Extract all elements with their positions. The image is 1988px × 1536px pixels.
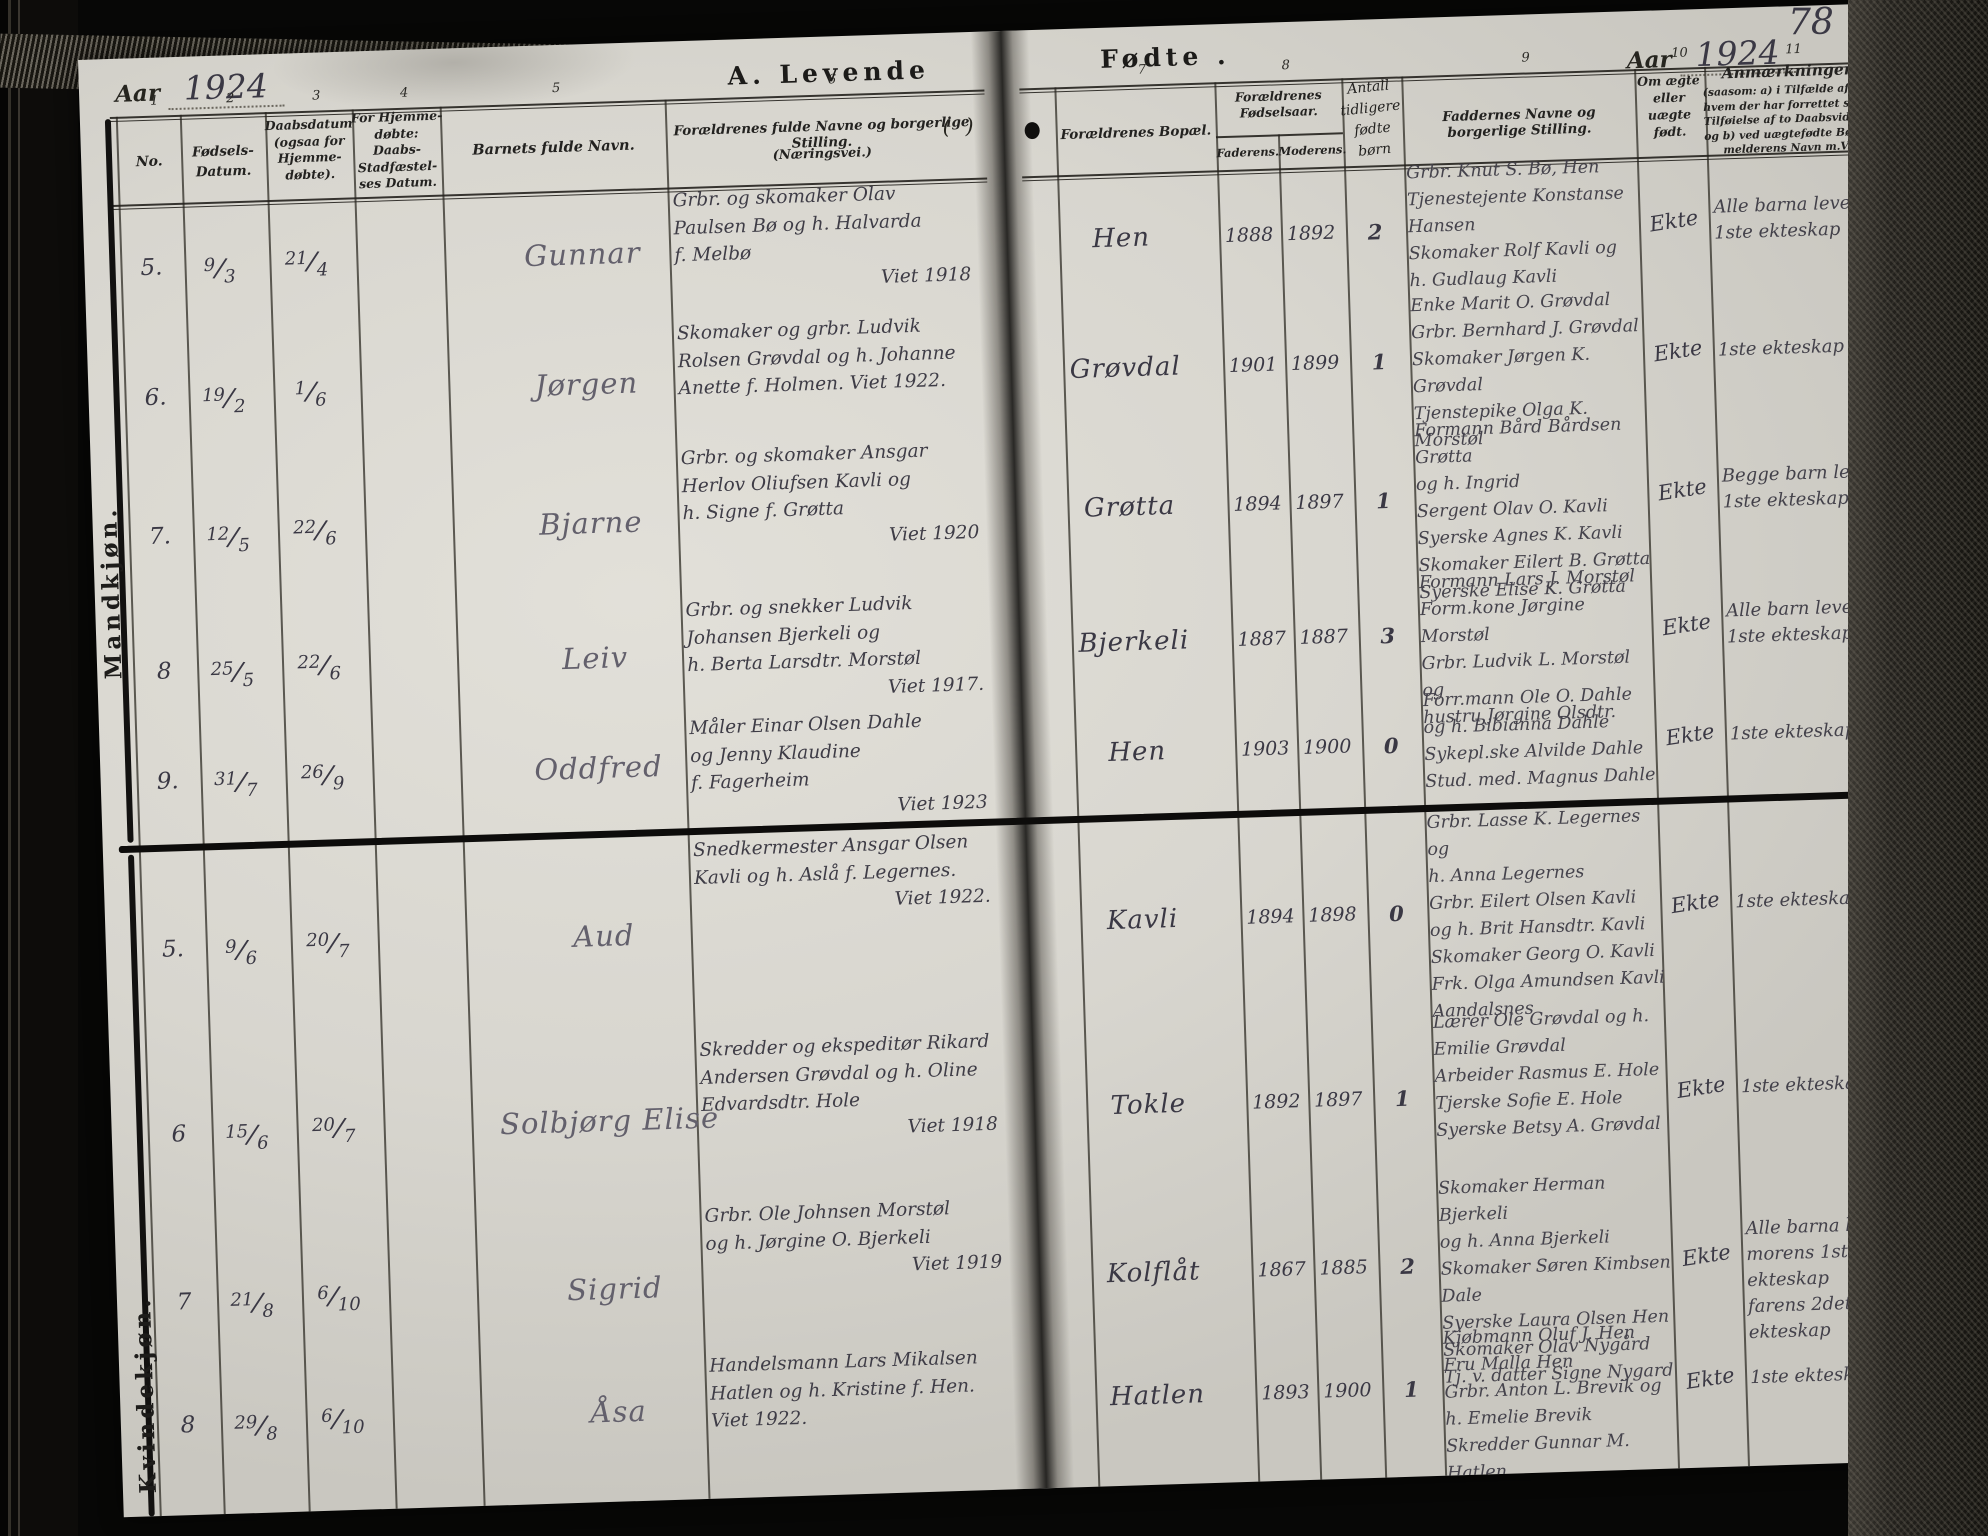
page-number: 78 [1788,2,1834,43]
col-mother-year: 1885 [1312,1256,1375,1280]
col-mother-year: 1898 [1301,903,1364,927]
column-number: 10 [1664,45,1694,61]
col-prior-children: 1 [1352,348,1407,375]
date-numerator: 19 [202,387,225,406]
date-numerator: 26 [301,764,324,783]
col-prior-children: 2 [1380,1253,1435,1280]
col-mother-year: 1897 [1288,490,1351,514]
godparent-line: Formann Bård Bårdsen Grøtta [1414,411,1650,472]
column-header-line: Hjemme- [265,148,354,167]
col-residence: Hen [1046,734,1229,770]
col-parents: Skredder og ekspeditør RikardAndersen Gr… [699,1027,1014,1147]
col-godparents: Forr.mann Ole O. Dahleog h. Bibianna Dah… [1422,681,1659,796]
date-numerator: 15 [225,1123,248,1142]
column-number: 1 [139,93,169,109]
date-numerator: 9 [225,938,237,956]
column-header-line: Fødsels- [179,140,268,163]
date-denominator: 6 [329,665,341,683]
col-no: 8 [137,658,192,686]
godparent-line: Skomaker Herman Bjerkeli [1438,1168,1674,1229]
date-fraction: 9/6 [227,937,255,964]
column-header: Anmærkninger [1704,59,1870,83]
col-baptism-date: 20/7 [289,1114,378,1143]
date-denominator: 8 [262,1302,274,1320]
godparent-line: Skomaker Søren Kimbsen Dale [1440,1249,1676,1310]
col-no: 6 [151,1121,206,1149]
col-baptism-date: 6/10 [295,1282,384,1311]
col-legitimacy: Ekte [1640,204,1707,238]
book-cover-fabric [1848,0,1988,1536]
col-father-year: 1893 [1256,1381,1315,1405]
col-mother-year: 1900 [1296,735,1359,759]
date-fraction: 29/8 [236,1412,276,1439]
col-no: 6. [128,384,183,412]
col-residence: Hatlen [1066,1378,1249,1414]
col-legitimacy: Ekte [1668,1071,1735,1105]
col-legitimacy: Ekte [1653,608,1720,642]
col-father-year: 1903 [1236,737,1295,761]
column-header: Daabsdatum(ogsaa forHjemme-døbte). [264,115,355,184]
col-residence: Bjerkeli [1042,624,1225,660]
column-header-line: født. [1634,122,1706,141]
col-prior-children: 1 [1375,1085,1430,1112]
book-spine-edge [0,0,78,1536]
date-numerator: 21 [285,250,308,269]
col-birth-date: 19/2 [184,384,263,412]
column-header-line: Om ægte [1632,71,1704,90]
col-no: 5. [124,254,179,282]
date-fraction: 22/6 [299,652,339,679]
column-number: 8 [1271,58,1301,74]
godparent-line: Skomaker Jørgen K. Grøvdal [1412,340,1648,401]
column-header: Om ægteelleruægtefødt. [1632,71,1706,141]
date-fraction: 9/3 [205,255,233,282]
col-birth-date: 31/7 [196,768,275,796]
col-father-year: 1901 [1224,353,1283,377]
date-fraction: 15/6 [227,1122,267,1149]
register-spread: Aar1924 A. Levende Fødte . Aar1924 ( ) 1… [78,4,1913,1518]
date-fraction: 31/7 [216,769,256,796]
col-godparents: Lærer Ole Grøvdal og h.Emilie GrøvdalArb… [1433,1003,1671,1145]
col-mother-year: 1887 [1292,625,1355,649]
col-prior-children: 1 [1356,487,1411,514]
column-header: Antalltidligerefødtebørn [1336,74,1406,164]
date-denominator: 2 [234,398,246,416]
date-numerator: 9 [203,257,215,275]
col-legitimacy: Ekte [1677,1362,1744,1396]
col-baptism-date: 6/10 [298,1405,387,1434]
scanned-parish-register-page: Aar1924 A. Levende Fødte . Aar1924 ( ) 1… [0,0,1988,1536]
column-header: Moderens. [1278,142,1343,158]
column-number: 3 [301,88,331,104]
date-denominator: 5 [238,537,250,555]
date-numerator: 12 [206,525,229,544]
column-header-line: For Hjemme- [351,108,441,127]
col-birth-date: 15/6 [207,1121,286,1149]
col-residence: Hen [1030,220,1213,256]
col-legitimacy: Ekte [1649,473,1716,507]
column-header: Forældrenes Bopæl. [1056,122,1216,143]
date-fraction: 21/4 [286,248,326,275]
col-parents: Grbr. og skomaker OlavPaulsen Bø og h. H… [672,178,987,298]
col-birth-date: 12/5 [189,523,268,551]
col-prior-children: 1 [1384,1376,1439,1403]
col-baptism-date: 26/9 [278,761,367,790]
column-number: 5 [541,81,571,97]
col-father-year: 1887 [1232,627,1291,651]
date-numerator: 6 [317,1285,329,1303]
col-father-year: 1888 [1220,223,1279,247]
date-fraction: 1/6 [296,378,324,405]
col-no: 8 [161,1411,216,1439]
col-legitimacy: Ekte [1644,334,1711,368]
col-parents: Skomaker og grbr. LudvikRolsen Grøvdal o… [676,311,990,403]
col-baptism-date: 21/4 [262,248,351,277]
date-numerator: 6 [321,1408,333,1426]
column-number: 6 [817,72,847,88]
date-fraction: 6/10 [323,1406,363,1433]
date-numerator: 20 [312,1116,335,1135]
date-numerator: 22 [293,519,316,538]
page-title-right: Fødte . [1080,40,1251,74]
column-number: 4 [389,85,419,101]
godparent-line: Skredder Gunnar M. Hatlen [1446,1426,1682,1487]
col-residence: Grøvdal [1034,350,1217,386]
col-godparents: Kjøbmann Oluf J. HenFru Malla HenGrbr. A… [1442,1318,1682,1514]
column-header: For Hjemme-døbte:Daabs-Stadfæstel-ses Da… [351,108,444,193]
col-parents: Grbr. og skomaker AnsgarHerlov Oliufsen … [680,435,995,555]
column-header-line: Datum. [179,160,268,183]
date-fraction: 21/8 [232,1290,272,1317]
col-birth-date: 25/5 [193,658,272,686]
date-fraction: 25/5 [212,659,252,686]
col-mother-year: 1892 [1280,221,1343,245]
godparent-line: Tjenestejente Konstanse Hansen [1407,180,1643,241]
col-birth-date: 9/3 [180,254,259,282]
col-residence: Tokle [1057,1087,1240,1123]
col-residence: Kolflåt [1062,1255,1245,1291]
col-father-year: 1867 [1252,1258,1311,1282]
godparent-line: Grbr. Lasse K. Legernes og [1426,803,1662,864]
column-number: 11 [1778,42,1808,58]
printed-dot-mark [1024,122,1040,139]
col-father-year: 1892 [1247,1090,1306,1114]
column-header: ForældrenesFødselsaar. [1215,86,1343,122]
date-fraction: 22/6 [295,517,335,544]
col-no: 9. [140,768,195,796]
col-mother-year: 1897 [1307,1088,1370,1112]
date-denominator: 7 [246,782,258,800]
col-birth-date: 29/8 [217,1412,296,1440]
col-parents: Måler Einar Olsen Dahleog Jenny Klaudine… [689,705,1004,825]
godparent-line: Form.kone Jørgine Morstøl [1420,590,1656,651]
date-numerator: 25 [210,660,233,679]
date-denominator: 6 [315,391,327,409]
date-denominator: 10 [338,1296,361,1315]
date-numerator: 22 [297,654,320,673]
date-denominator: 9 [333,775,345,793]
col-no: 7. [133,523,188,551]
date-denominator: 6 [245,950,257,968]
column-header: Faderens. [1216,144,1278,160]
col-mother-year: 1900 [1316,1379,1379,1403]
date-numerator: 1 [294,380,306,398]
col-prior-children: 0 [1364,732,1419,759]
date-fraction: 20/7 [314,1115,354,1142]
date-denominator: 7 [344,1128,356,1146]
date-denominator: 7 [338,943,350,961]
column-header: No. [117,153,181,171]
date-fraction: 12/5 [208,524,248,551]
date-fraction: 19/2 [204,385,244,412]
col-no: 5. [146,936,201,964]
column-header: Fødsels-Datum. [179,140,268,183]
col-residence: Kavli [1051,902,1234,938]
date-numerator: 29 [234,1414,257,1433]
col-godparents: Grbr. Knut S. Bø, HenTjenestejente Konst… [1406,153,1644,295]
col-legitimacy: Ekte [1673,1239,1740,1273]
date-numerator: 21 [230,1291,253,1310]
date-denominator: 6 [257,1135,269,1153]
date-numerator: 20 [306,932,329,951]
date-fraction: 20/7 [308,930,348,957]
date-fraction: 26/9 [303,762,343,789]
col-legitimacy: Ekte [1662,886,1729,920]
col-no: 7 [157,1288,212,1316]
date-denominator: 10 [341,1419,364,1438]
column-number: 7 [1127,62,1157,78]
col-godparents: Grbr. Lasse K. Legernes ogh. Anna Legern… [1426,803,1667,1026]
col-baptism-date: 22/6 [275,651,364,680]
column-header-line: ses Datum. [353,174,443,193]
col-father-year: 1894 [1228,492,1287,516]
date-denominator: 3 [224,268,236,286]
col-baptism-date: 20/7 [283,929,372,958]
col-parents: Grbr. og snekker LudvikJohansen Bjerkeli… [685,587,1000,707]
date-denominator: 5 [242,672,254,690]
col-prior-children: 0 [1369,900,1424,927]
date-denominator: 6 [325,530,337,548]
column-header-line: døbte). [265,165,354,184]
column-number: 2 [215,91,245,107]
col-parents: Snedkermester Ansgar OlsenKavli og h. As… [693,827,1007,919]
godparent-line: Sypike Angona K. Hen [1448,1480,1683,1514]
col-birth-date: 9/6 [202,936,281,964]
col-legitimacy: Ekte [1657,718,1724,752]
column-number: 9 [1510,50,1540,66]
date-fraction: 6/10 [319,1283,359,1310]
col-residence: Grøtta [1038,489,1221,525]
column-header: Faddernes Navne og borgerlige Stilling. [1402,103,1636,142]
col-baptism-date: 1/6 [266,377,355,406]
col-birth-date: 21/8 [213,1289,292,1317]
col-child-name: Aud [457,914,750,957]
column-header: Barnets fulde Navn. [441,136,666,160]
date-denominator: 4 [317,261,329,279]
col-prior-children: 3 [1360,622,1415,649]
col-mother-year: 1899 [1284,351,1347,375]
col-parents: Handelsmann Lars MikalsenHatlen og h. Kr… [709,1343,1023,1435]
date-denominator: 8 [266,1425,278,1443]
col-parents: Grbr. Ole Johnsen Morstølog h. Jørgine O… [704,1193,1018,1285]
col-prior-children: 2 [1348,219,1403,246]
col-father-year: 1894 [1241,905,1300,929]
col-baptism-date: 22/6 [271,516,360,545]
date-numerator: 31 [214,770,237,789]
